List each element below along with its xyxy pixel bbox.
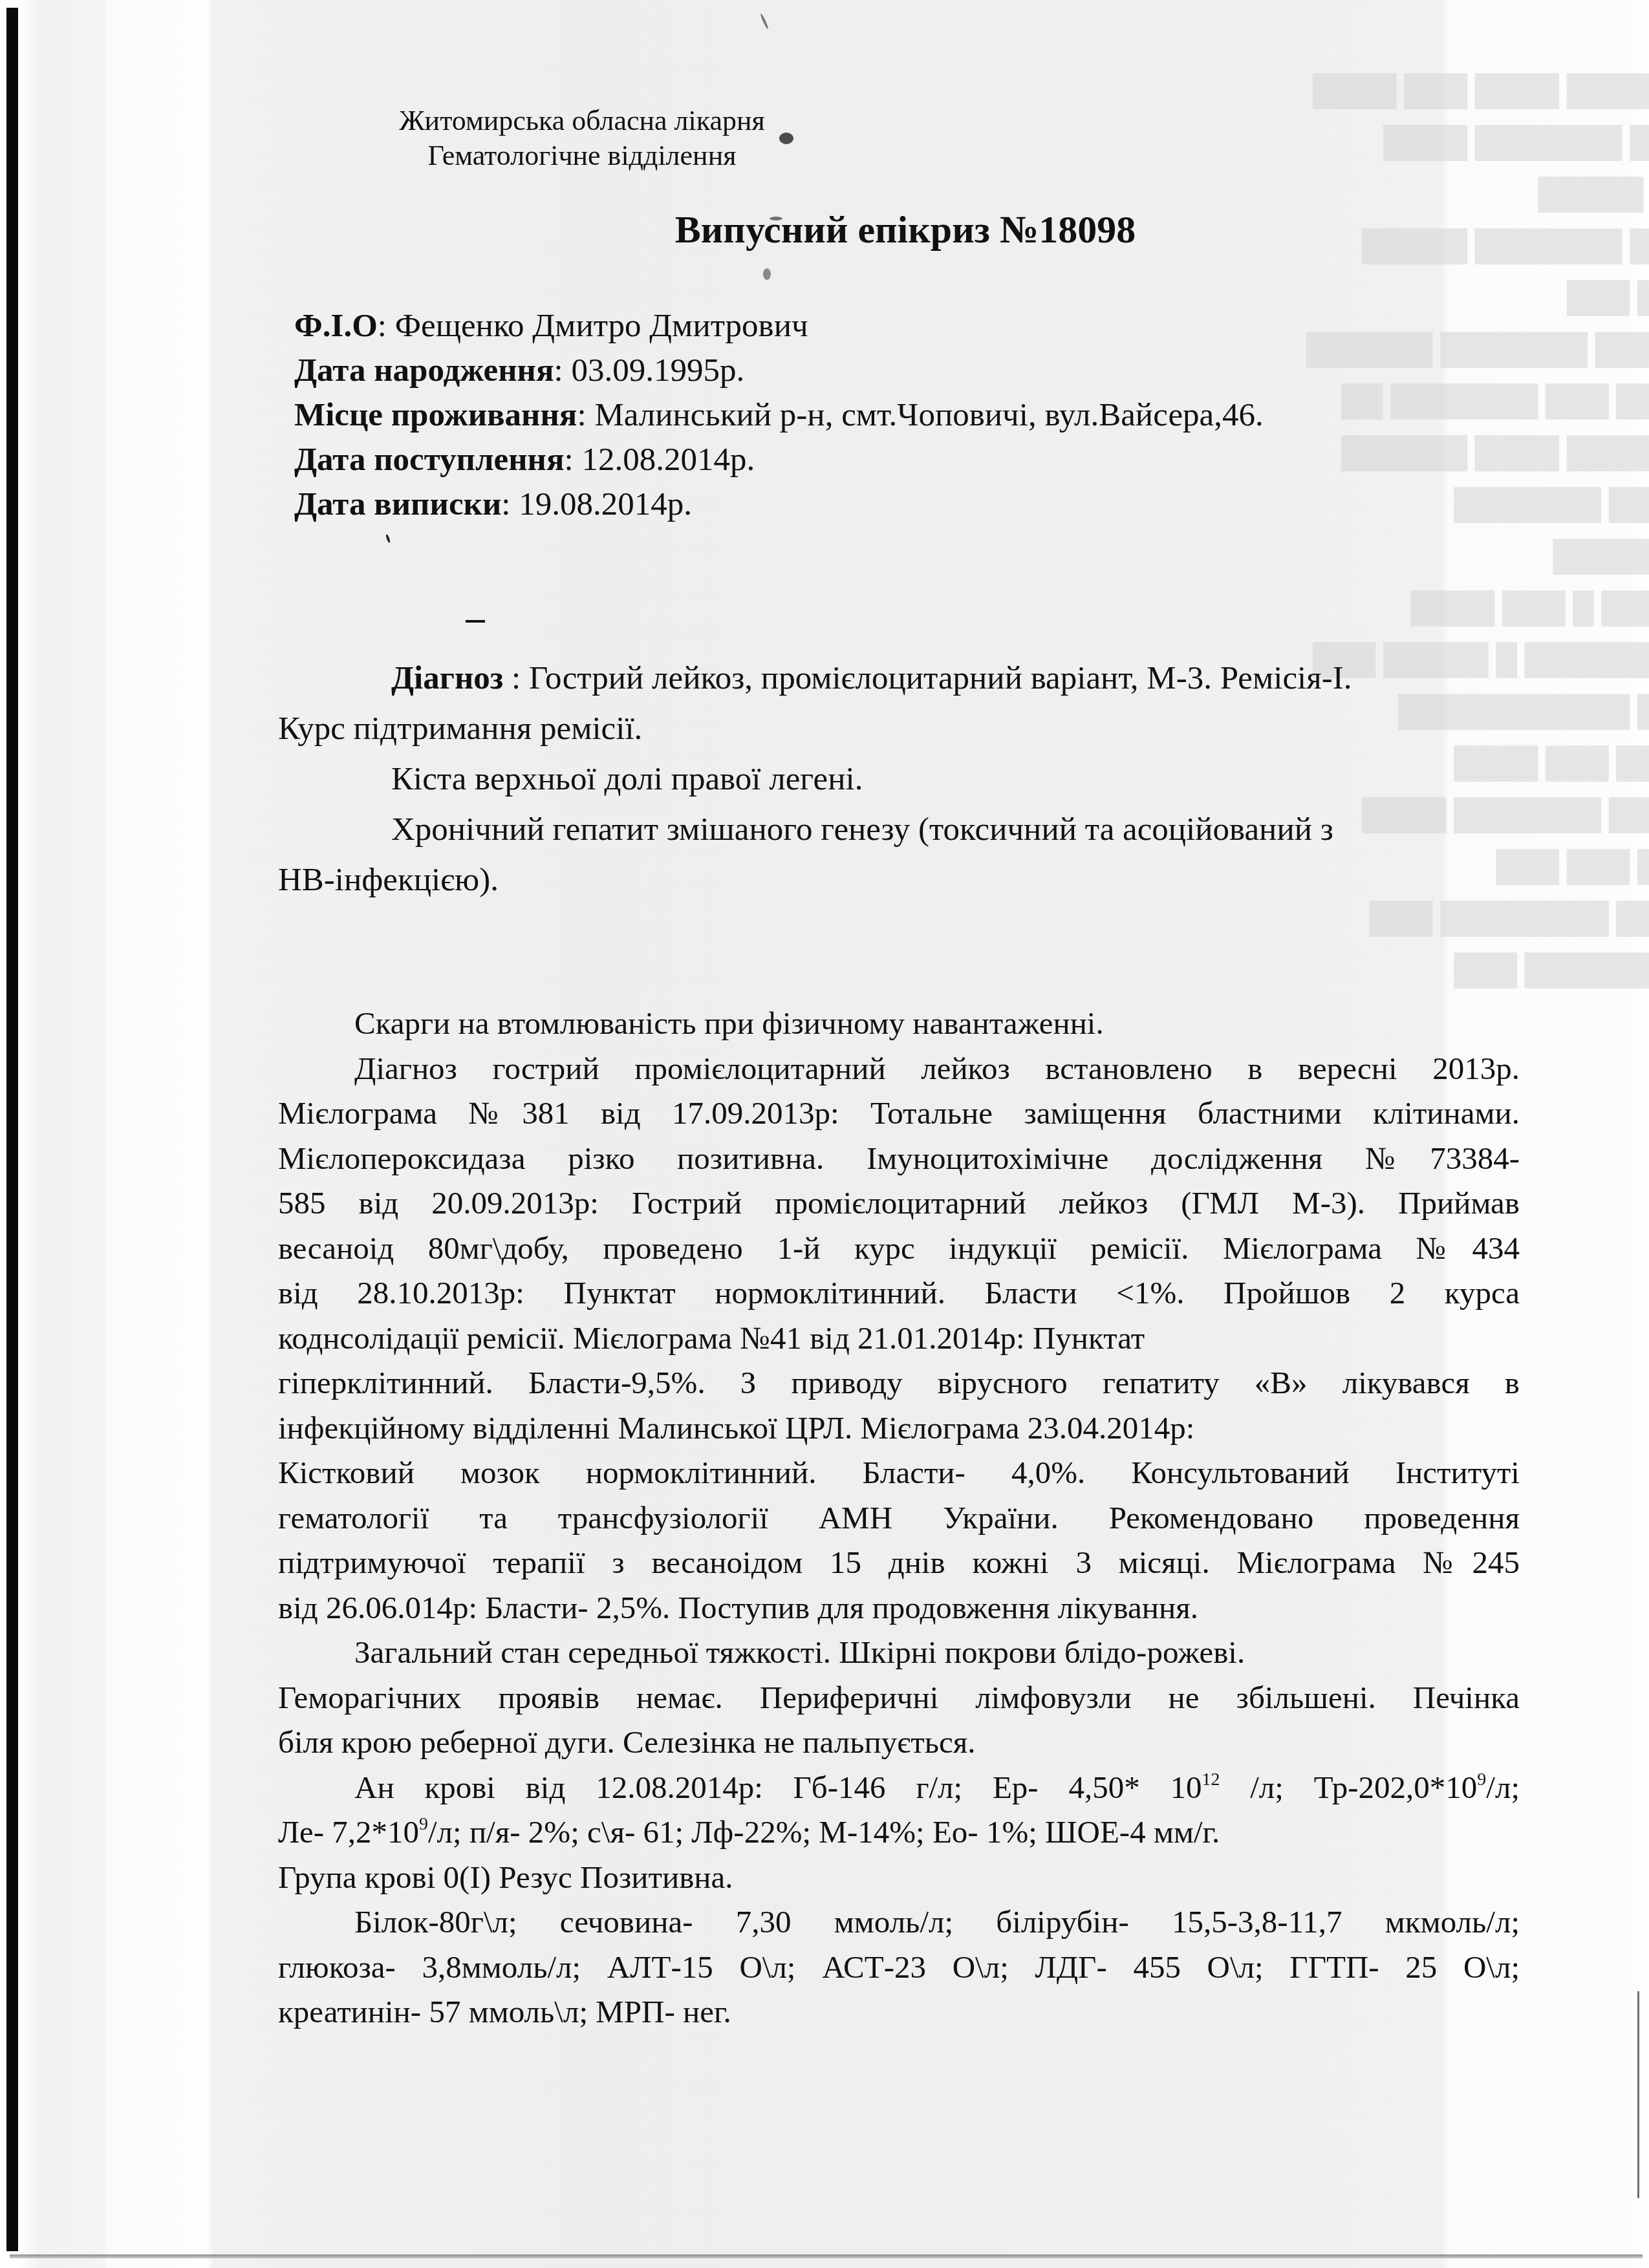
patient-info: Ф.І.О: Фещенко Дмитро Дмитрович Дата нар… [294,304,1523,527]
field-label: Дата поступлення [294,442,565,478]
history-line: від 26.06.014р: Бласти- 2,5%. Поступив д… [278,1585,1520,1631]
blood-group: Група крові 0(І) Резус Позитивна. [278,1855,1520,1900]
history-line: Мієлопероксидаза різко позитивна. Імуноц… [278,1136,1520,1181]
biochem-line: Білок-80г\л; сечовина- 7,30 ммоль/л; біл… [278,1899,1520,1945]
field-label: Місце проживання [294,397,577,433]
status-line: Геморагічних проявів немає. Периферичні … [278,1675,1520,1720]
biochem-line: креатинін- 57 ммоль\л; МРП- нег. [278,1989,1520,2035]
history-line: весаноід 80мг\добу, проведено 1-й курс і… [278,1226,1520,1271]
diagnosis-label: Діагноз [391,660,503,696]
field-label: Ф.І.О [294,308,378,344]
diagnosis-line: Кіста верхньої долі правої легені. [278,754,1513,804]
scanned-page: ██████ ████ ████ ███ ███████ ████ ██████… [0,0,1649,2268]
history-line: підтримуючої терапії з весаноідом 15 дні… [278,1540,1520,1585]
birth-date: 03.09.1995р. [572,352,745,389]
field-label: Дата виписки [294,486,501,522]
scan-edge-bottom [10,2254,1643,2258]
diagnosis-line: Хронічний гепатит змішаного генезу (токс… [278,804,1513,855]
diagnosis-line: НВ-інфекцією). [278,855,1513,905]
admission-date-row: Дата поступлення: 12.08.2014р. [294,438,1523,482]
history-line: Діагноз гострий промієлоцитарний лейкоз … [278,1046,1520,1091]
residence: Малинський р-н, смт.Чоповичі, вул.Вайсер… [594,397,1263,433]
scan-speck [760,13,770,29]
scan-edge-right [1637,1991,1639,2198]
history-line: 585 від 20.09.2013р: Гострий промієлоцит… [278,1181,1520,1226]
residence-row: Місце проживання: Малинський р-н, смт.Чо… [294,393,1523,438]
history-line: коднсолідації ремісії. Мієлограма №41 ві… [278,1316,1520,1361]
biochem-line: глюкоза- 3,8ммоль/л; АЛТ-15 О\л; АСТ-23 … [278,1945,1520,1990]
clinical-body: Скарги на втомлюваність при фізичному на… [278,1001,1520,2035]
patient-name: Фещенко Дмитро Дмитрович [395,308,808,344]
document-title: Випусний епікриз №18098 [582,207,1229,252]
admission-date: 12.08.2014р. [582,442,755,478]
scan-mark-dash [466,620,485,623]
scan-speck [763,268,771,280]
hospital-name: Житомирська обласна лікарня [304,103,860,138]
status-line: біля крою реберної дуги. Селезінка не па… [278,1720,1520,1765]
discharge-date-row: Дата виписки: 19.08.2014р. [294,482,1523,527]
history-line: гематології та трансфузіології АМН Украї… [278,1495,1520,1541]
history-line: інфекційному відділенні Малинської ЦРЛ. … [278,1406,1520,1451]
history-line: Кістковий мозок нормоклітинний. Бласти- … [278,1450,1520,1495]
discharge-date: 19.08.2014р. [519,486,692,522]
document-header: Житомирська обласна лікарня Гематологічн… [304,103,860,173]
diagnosis-section: Діагноз : Гострий лейкоз, промієлоцитарн… [278,653,1513,905]
blood-test-line: Ле- 7,2*109/л; п/я- 2%; с\я- 61; Лф-22%;… [278,1810,1520,1855]
field-label: Дата народження [294,352,554,389]
scan-border-left [6,8,18,2251]
history-line: Мієлограма №381 від 17.09.2013р: Тотальн… [278,1091,1520,1136]
department-name: Гематологічне відділення [304,138,860,173]
birth-date-row: Дата народження: 03.09.1995р. [294,348,1523,393]
status-line: Загальний стан середньої тяжкості. Шкірн… [278,1630,1520,1675]
diagnosis-line: Курс підтримання ремісії. [278,703,1513,754]
diagnosis-main: Діагноз : Гострий лейкоз, промієлоцитарн… [278,653,1513,703]
history-line: гіперклітинний. Бласти-9,5%. З приводу в… [278,1360,1520,1406]
history-line: від 28.10.2013р: Пунктат нормоклітинний.… [278,1270,1520,1316]
patient-name-row: Ф.І.О: Фещенко Дмитро Дмитрович [294,304,1523,348]
blood-test-line: Ан крові від 12.08.2014р: Гб-146 г/л; Ер… [278,1765,1520,1810]
scan-speck [385,534,391,544]
complaints: Скарги на втомлюваність при фізичному на… [278,1001,1520,1046]
